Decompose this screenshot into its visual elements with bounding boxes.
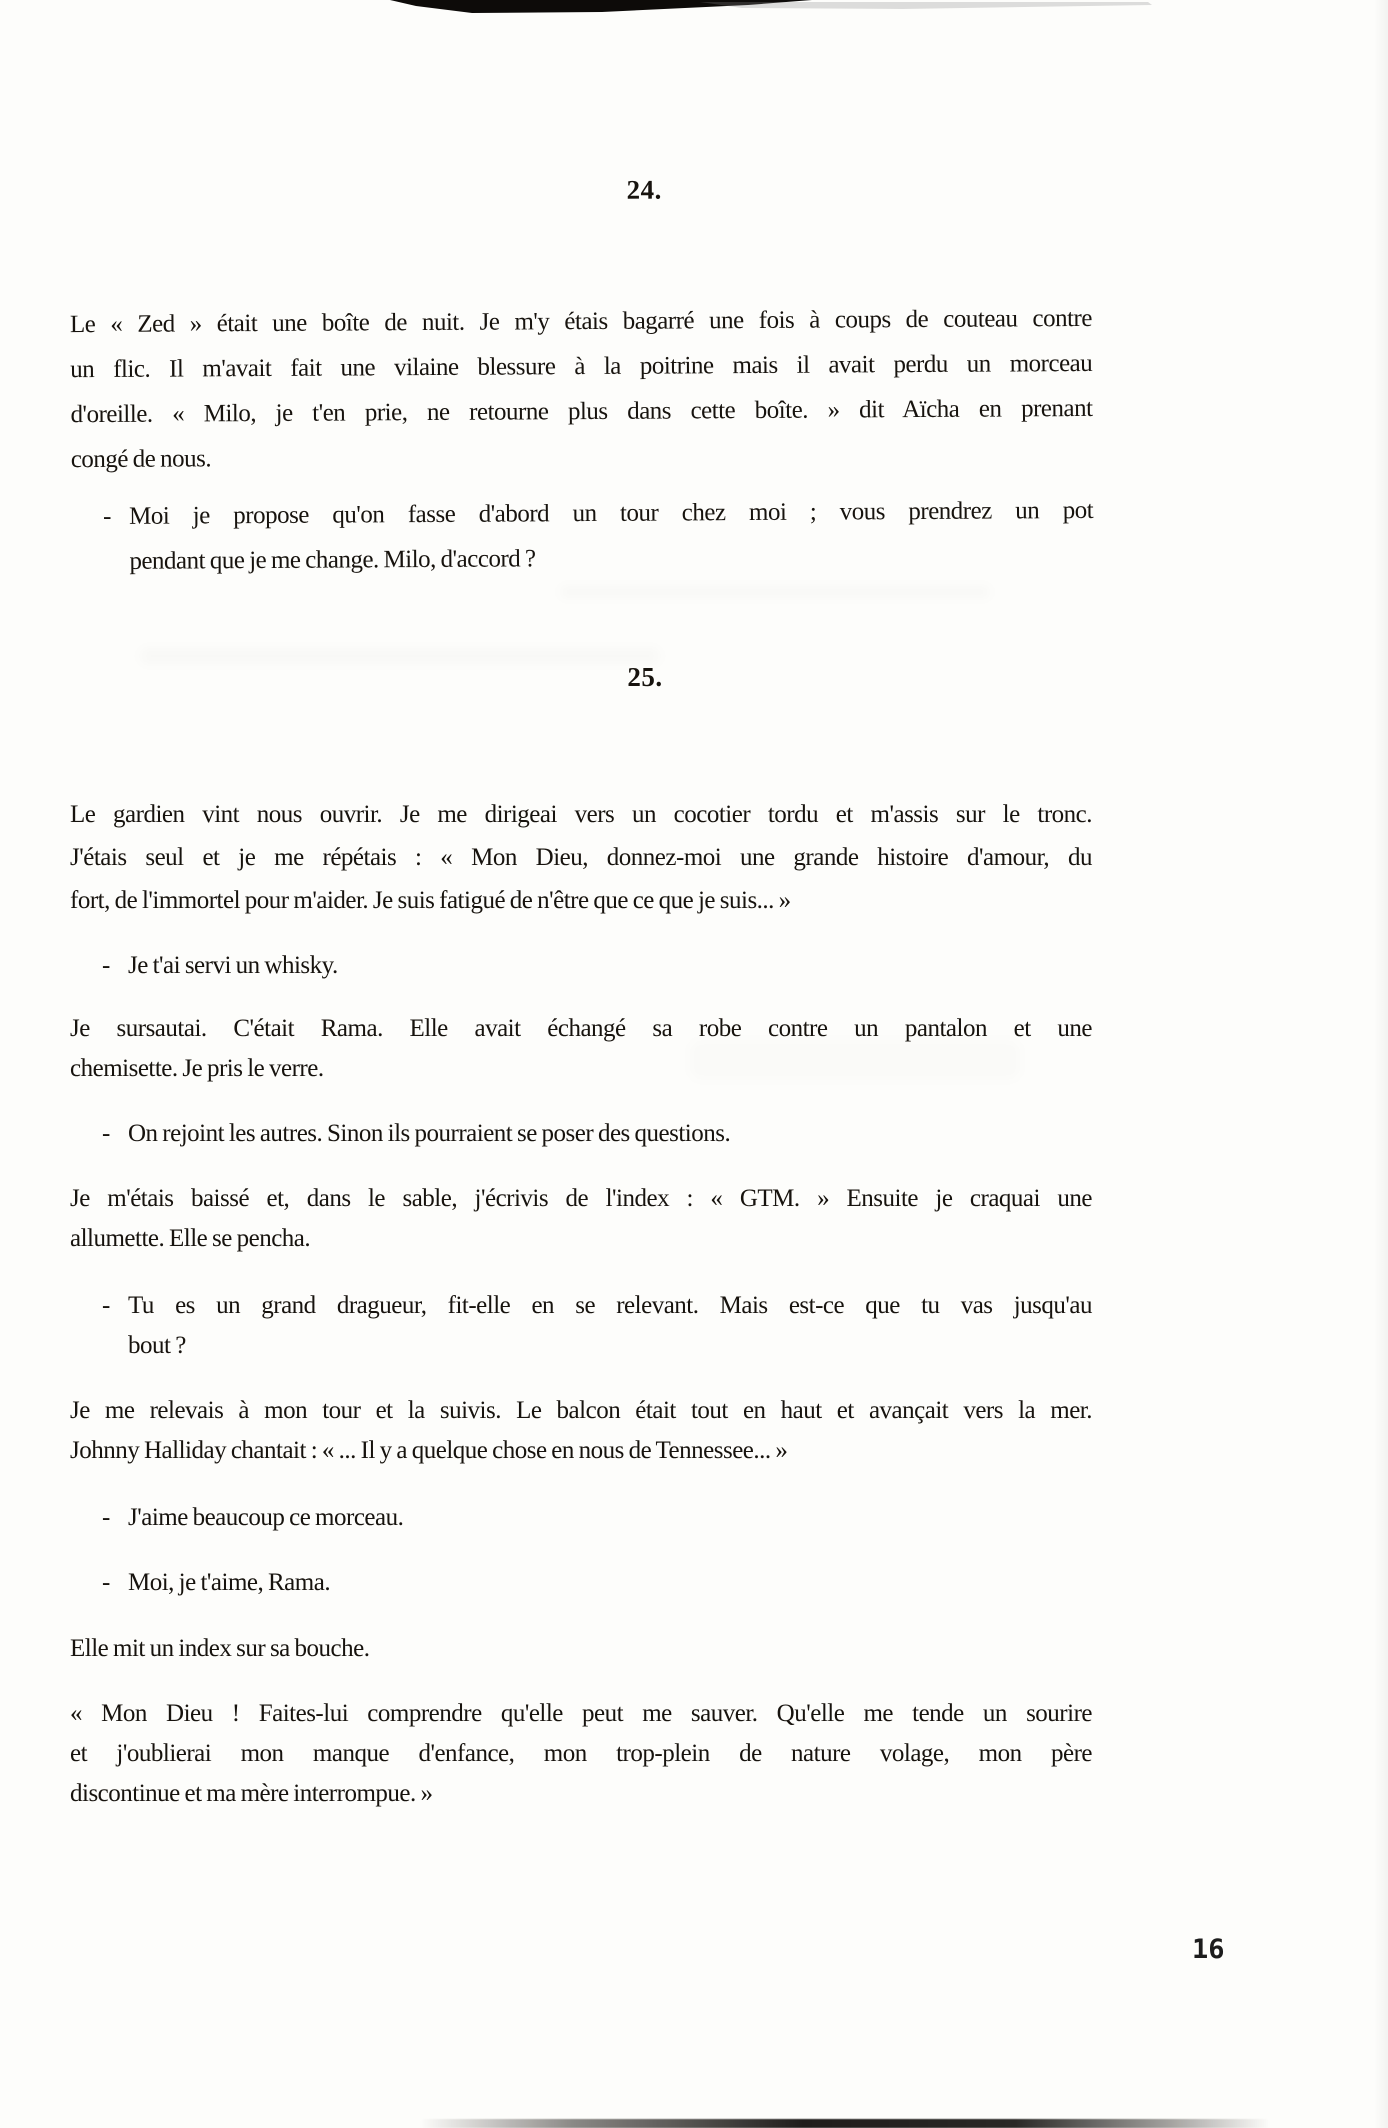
dialogue-dash: - (102, 1498, 110, 1538)
paragraph: Le gardien vint nous ouvrir. Je me dirig… (70, 793, 1092, 922)
text-line: bout ? (128, 1326, 1092, 1366)
dialogue-block: - Je t'ai servi un whisky. (102, 946, 1092, 986)
text-line: chemisette. Je pris le verre. (70, 1049, 1092, 1089)
text-line: Je sursautai. C'était Rama. Elle avait é… (70, 1009, 1092, 1049)
paragraph: « Mon Dieu ! Faites-lui comprendre qu'el… (70, 1694, 1092, 1814)
text-line: « Mon Dieu ! Faites-lui comprendre qu'el… (70, 1694, 1092, 1734)
dialogue-block: - Moi, je t'aime, Rama. (102, 1563, 1092, 1603)
text-line: J'étais seul et je me répétais : « Mon D… (70, 836, 1092, 879)
scan-edge-artifact-bottom (420, 2119, 1270, 2128)
text-line: Moi, je t'aime, Rama. (128, 1563, 1092, 1603)
section-25: 25. Le gardien vint nous ouvrir. Je me d… (0, 0, 1388, 2128)
page-number: 16 (1192, 1934, 1225, 1965)
dialogue-dash: - (102, 1563, 110, 1603)
text-line: Elle mit un index sur sa bouche. (70, 1629, 1092, 1669)
dialogue-block: - On rejoint les autres. Sinon ils pourr… (102, 1114, 1092, 1154)
text-line: Tu es un grand dragueur, fit-elle en se … (128, 1286, 1092, 1326)
dialogue-block: - Tu es un grand dragueur, fit-elle en s… (102, 1286, 1092, 1366)
paragraph: Je sursautai. C'était Rama. Elle avait é… (70, 1009, 1092, 1089)
text-line: Je me relevais à mon tour et la suivis. … (70, 1391, 1092, 1431)
dialogue-dash: - (102, 1286, 110, 1326)
text-line: Le gardien vint nous ouvrir. Je me dirig… (70, 793, 1092, 836)
text-line: On rejoint les autres. Sinon ils pourrai… (128, 1114, 1092, 1154)
dialogue-dash: - (102, 946, 110, 986)
text-line: J'aime beaucoup ce morceau. (128, 1498, 1092, 1538)
paragraph: Je m'étais baissé et, dans le sable, j'é… (70, 1179, 1092, 1259)
dialogue-dash: - (102, 1114, 110, 1154)
text-line: allumette. Elle se pencha. (70, 1219, 1092, 1259)
paragraph: Je me relevais à mon tour et la suivis. … (70, 1391, 1092, 1471)
scan-edge-shading-right (1374, 0, 1388, 2128)
paragraph: Elle mit un index sur sa bouche. (70, 1629, 1092, 1669)
text-line: Je m'étais baissé et, dans le sable, j'é… (70, 1179, 1092, 1219)
scanned-book-page: 24. Le « Zed » était une boîte de nuit. … (0, 0, 1388, 2128)
text-line: fort, de l'immortel pour m'aider. Je sui… (70, 879, 1092, 922)
dialogue-block: - J'aime beaucoup ce morceau. (102, 1498, 1092, 1538)
text-line: Johnny Halliday chantait : « ... Il y a … (70, 1431, 1092, 1471)
section-heading-25: 25. (134, 662, 1156, 692)
text-line: et j'oublierai mon manque d'enfance, mon… (70, 1734, 1092, 1774)
text-line: Je t'ai servi un whisky. (128, 946, 1092, 986)
text-line: discontinue et ma mère interrompue. » (70, 1774, 1092, 1814)
